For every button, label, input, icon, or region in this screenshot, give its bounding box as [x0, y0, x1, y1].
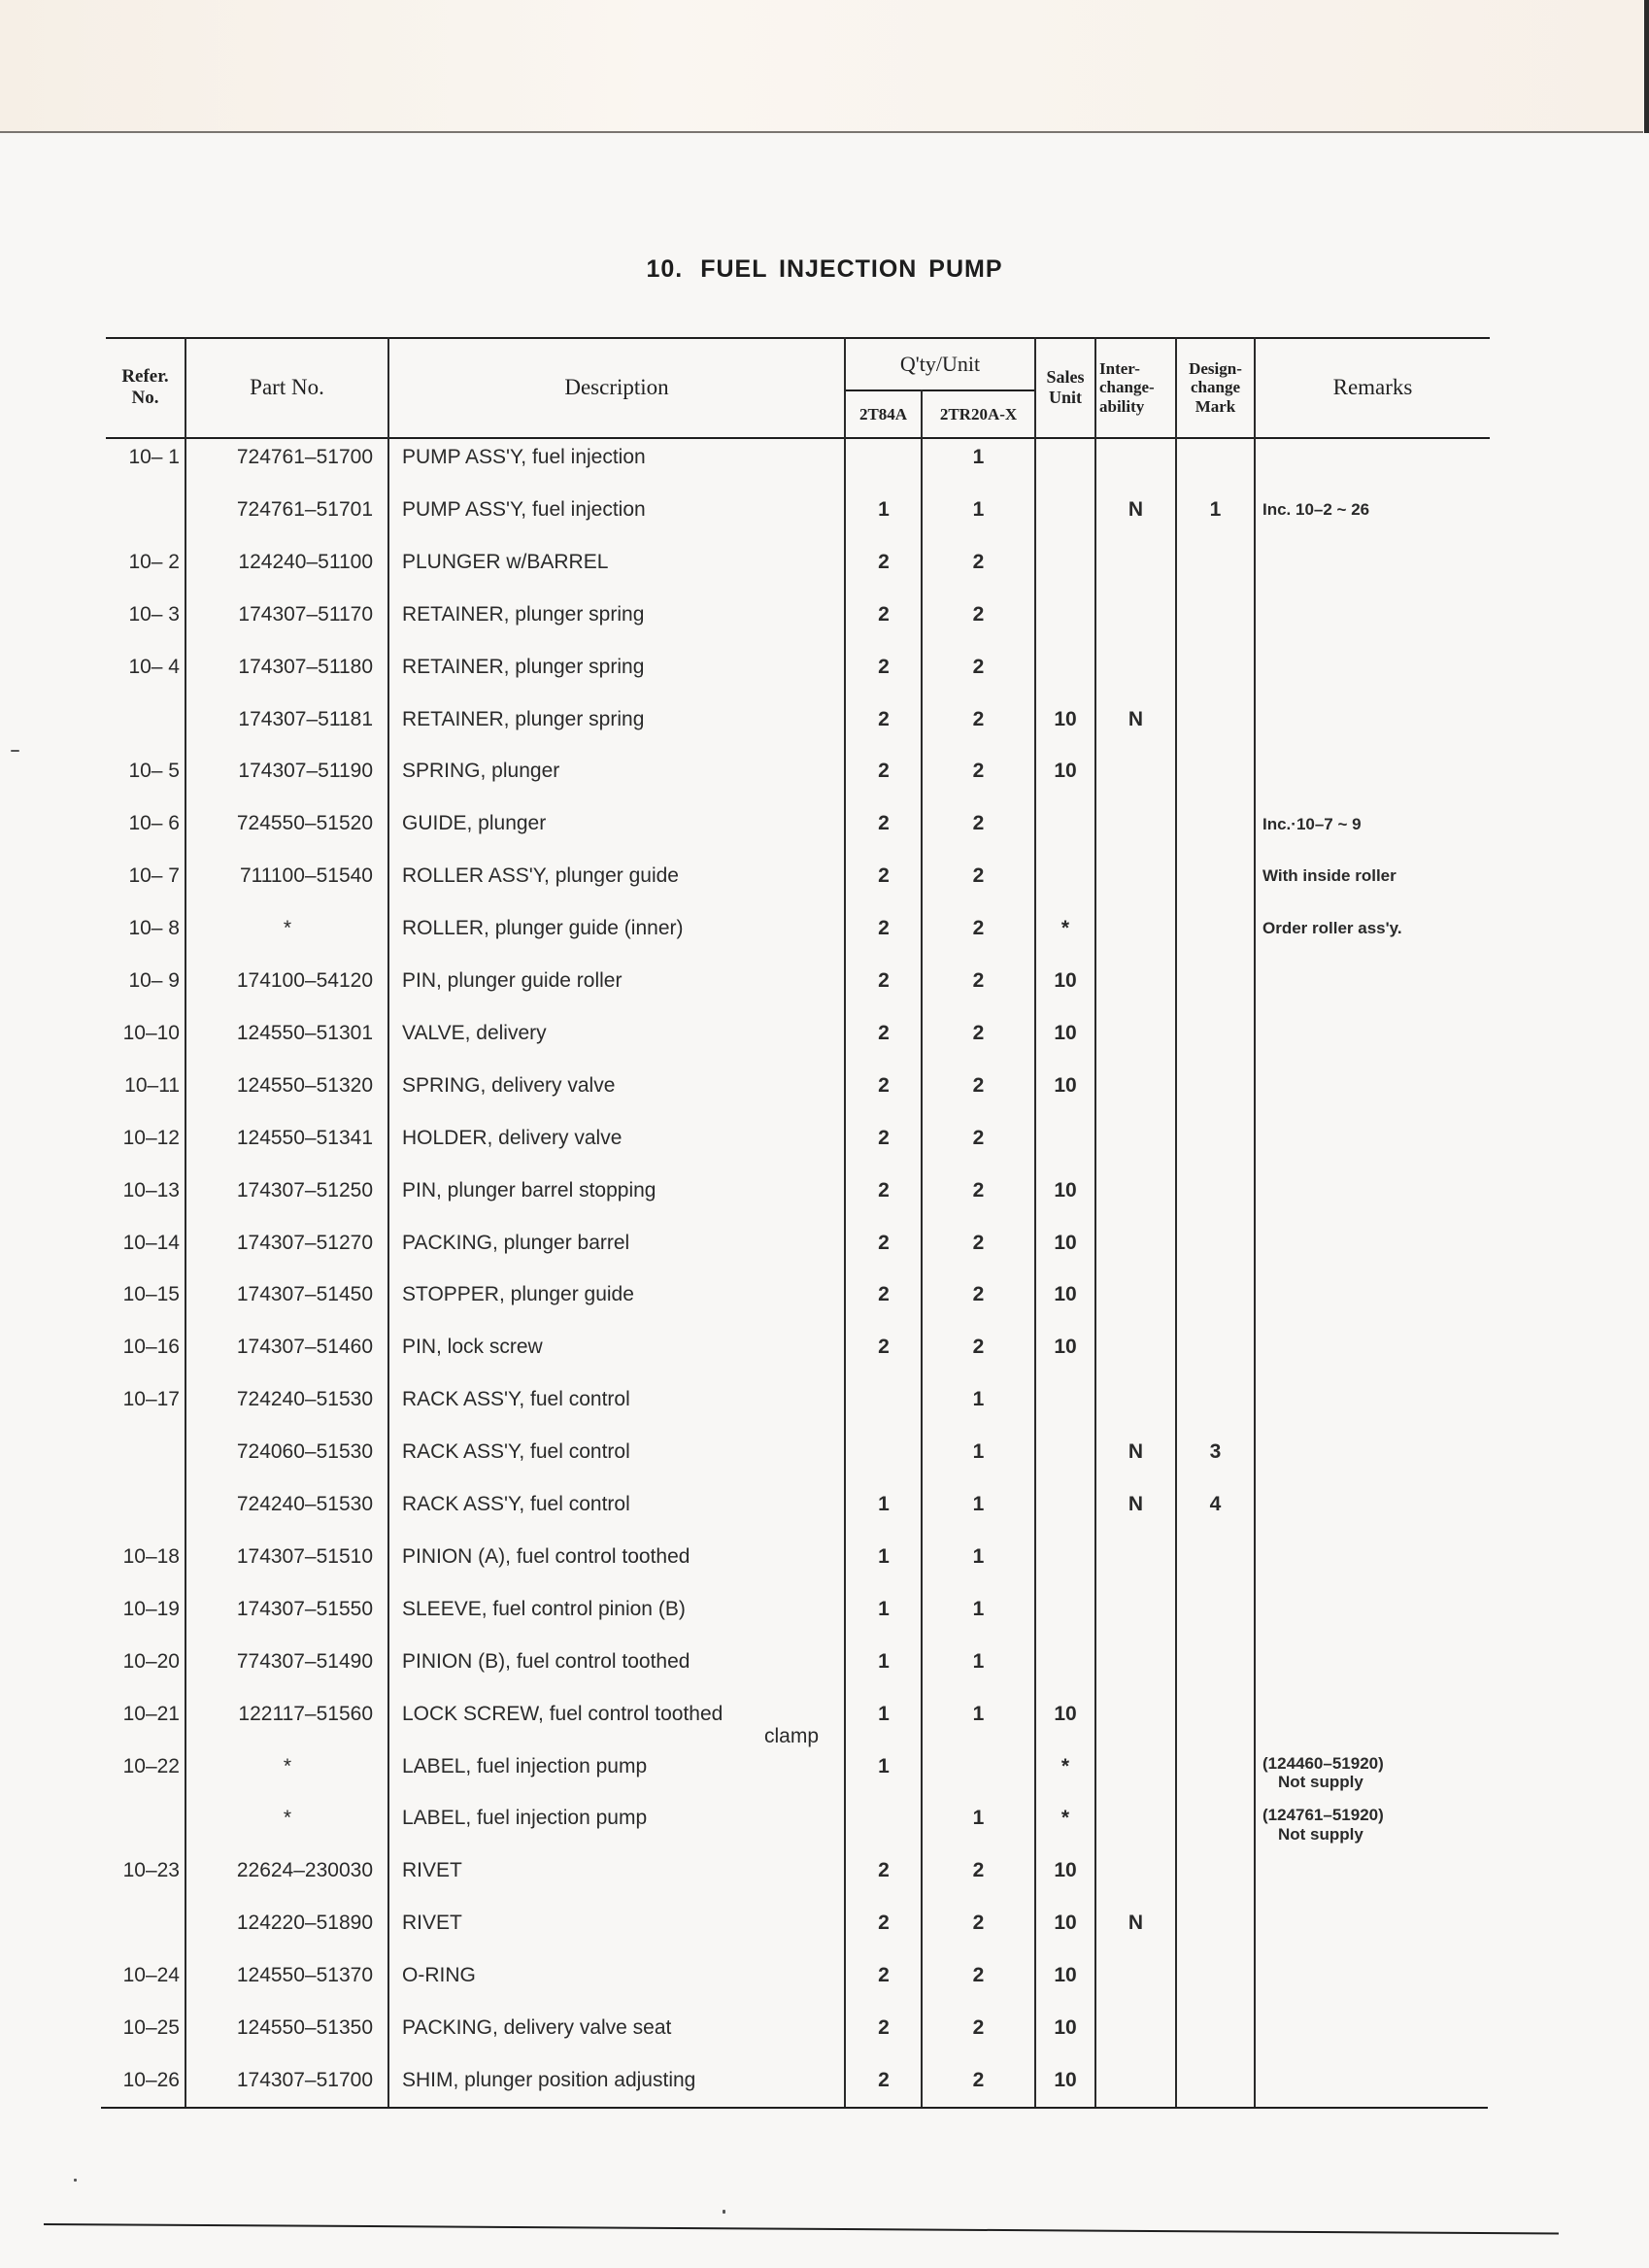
remarks-cell [1262, 641, 1496, 694]
design-change-cell [1177, 1112, 1254, 1165]
interchangeability-cell [1096, 1531, 1175, 1583]
qty-2t84a-cell [847, 1373, 921, 1426]
interchangeability-cell [1096, 1845, 1175, 1897]
ref-no-cell: 10–25 [106, 2002, 180, 2054]
interchangeability-cell [1096, 955, 1175, 1007]
part-no-cell: * [194, 1741, 381, 1793]
remarks-cell [1262, 1112, 1496, 1165]
sales-unit-cell: 10 [1036, 1217, 1094, 1269]
description-cell: PLUNGER w/BARREL [402, 536, 839, 589]
interchangeability-cell [1096, 1217, 1175, 1269]
qty-2tr20a-x-cell: 1 [923, 1636, 1034, 1688]
sales-unit-cell [1036, 1426, 1094, 1478]
sales-unit-cell: 10 [1036, 1165, 1094, 1217]
header-design-line3: Mark [1189, 397, 1242, 417]
header-qty-unit: Q'ty/Unit [846, 339, 1034, 389]
design-change-cell [1177, 1949, 1254, 2002]
part-no-cell: 174307–51270 [186, 1217, 373, 1269]
interchangeability-cell: N [1096, 1426, 1175, 1478]
ref-no-cell [106, 694, 180, 746]
header-refer-line2: No. [121, 388, 168, 409]
design-change-cell [1177, 589, 1254, 641]
design-change-cell [1177, 2002, 1254, 2054]
header-interchangeability: Inter-change-ability [1096, 339, 1178, 436]
qty-2t84a-cell: 2 [847, 1007, 921, 1060]
part-no-cell: 174100–54120 [186, 955, 373, 1007]
qty-2tr20a-x-cell: 2 [923, 2054, 1034, 2107]
interchangeability-cell [1096, 431, 1175, 484]
remarks-line: (124460–51920) [1262, 1754, 1384, 1773]
description-cell: SHIM, plunger position adjusting [402, 2054, 839, 2107]
qty-2tr20a-x-cell: 1 [923, 431, 1034, 484]
part-no-cell: 174307–51510 [186, 1531, 373, 1583]
part-no-cell: 124240–51100 [186, 536, 373, 589]
part-no-cell: * [194, 1792, 381, 1845]
qty-2tr20a-x-cell: 1 [923, 1583, 1034, 1636]
ref-no-cell: 10–11 [106, 1060, 180, 1112]
ref-no-cell: 10–20 [106, 1636, 180, 1688]
remarks-line-2: Not supply [1262, 1773, 1384, 1792]
sales-unit-cell [1036, 484, 1094, 536]
qty-2t84a-cell: 2 [847, 1845, 921, 1897]
sales-unit-cell: 10 [1036, 1897, 1094, 1949]
remarks-cell: Order roller ass'y. [1262, 902, 1496, 955]
description-cell: PACKING, delivery valve seat [402, 2002, 839, 2054]
interchangeability-cell [1096, 745, 1175, 797]
design-change-cell [1177, 955, 1254, 1007]
qty-2tr20a-x-cell: 2 [923, 641, 1034, 694]
part-no-cell: 124550–51350 [186, 2002, 373, 2054]
part-no-cell: 724060–51530 [186, 1426, 373, 1478]
remarks-line-2: Not supply [1262, 1825, 1384, 1845]
description-cell: RACK ASS'Y, fuel control [402, 1426, 839, 1478]
remarks-cell: Inc. 10–2 ~ 26 [1262, 484, 1496, 536]
remarks-cell [1262, 1845, 1496, 1897]
interchangeability-cell [1096, 536, 1175, 589]
sales-unit-cell [1036, 641, 1094, 694]
qty-2t84a-cell: 2 [847, 1112, 921, 1165]
header-sales-unit: SalesUnit [1036, 339, 1094, 436]
design-change-cell [1177, 1269, 1254, 1321]
interchangeability-cell [1096, 641, 1175, 694]
qty-2t84a-cell: 2 [847, 1217, 921, 1269]
qty-2t84a-cell: 2 [847, 2054, 921, 2107]
sales-unit-cell: 10 [1036, 2054, 1094, 2107]
interchangeability-cell [1096, 1269, 1175, 1321]
description-cell: VALVE, delivery [402, 1007, 839, 1060]
part-no-cell: 124220–51890 [186, 1897, 373, 1949]
part-no-cell: 174307–51180 [186, 641, 373, 694]
sales-unit-cell [1036, 1373, 1094, 1426]
qty-2t84a-cell: 2 [847, 850, 921, 902]
sales-unit-cell: 10 [1036, 955, 1094, 1007]
description-cell: RIVET [402, 1845, 839, 1897]
qty-2tr20a-x-cell: 1 [923, 1478, 1034, 1531]
ref-no-cell [106, 1792, 180, 1845]
qty-2tr20a-x-cell: 2 [923, 1165, 1034, 1217]
qty-2t84a-cell: 1 [847, 1583, 921, 1636]
sales-unit-cell [1036, 1478, 1094, 1531]
ref-no-cell: 10–12 [106, 1112, 180, 1165]
qty-2t84a-cell: 2 [847, 902, 921, 955]
remarks-cell [1262, 1269, 1496, 1321]
description-cell: PIN, plunger barrel stopping [402, 1165, 839, 1217]
header-qty-2t84a: 2T84A [846, 391, 921, 437]
ref-no-cell: 10–17 [106, 1373, 180, 1426]
ref-no-cell: 10– 7 [106, 850, 180, 902]
description-cell: SPRING, delivery valve [402, 1060, 839, 1112]
scan-speck [723, 2210, 725, 2214]
part-no-cell: 174307–51170 [186, 589, 373, 641]
part-no-cell: 22624–230030 [186, 1845, 373, 1897]
remarks-line: (124761–51920) [1262, 1806, 1384, 1824]
ref-no-cell [106, 1426, 180, 1478]
part-no-cell: 724550–51520 [186, 797, 373, 850]
description-cell: HOLDER, delivery valve [402, 1112, 839, 1165]
description-cell: RETAINER, plunger spring [402, 589, 839, 641]
ref-no-cell: 10– 1 [106, 431, 180, 484]
description-cell: ROLLER ASS'Y, plunger guide [402, 850, 839, 902]
remarks-line: Inc.·10–7 ~ 9 [1262, 815, 1362, 833]
qty-2tr20a-x-cell: 1 [923, 1426, 1034, 1478]
interchangeability-cell [1096, 2002, 1175, 2054]
ref-no-cell: 10– 4 [106, 641, 180, 694]
interchangeability-cell [1096, 797, 1175, 850]
remarks-cell: Inc.·10–7 ~ 9 [1262, 797, 1496, 850]
remarks-cell [1262, 955, 1496, 1007]
description-cell: RETAINER, plunger spring [402, 641, 839, 694]
interchangeability-cell [1096, 589, 1175, 641]
sales-unit-cell [1036, 1636, 1094, 1688]
design-change-cell [1177, 1636, 1254, 1688]
part-no-cell: 122117–51560 [186, 1688, 373, 1741]
remarks-cell [1262, 1636, 1496, 1688]
sales-unit-cell: 10 [1036, 2002, 1094, 2054]
qty-2t84a-cell: 2 [847, 1269, 921, 1321]
part-no-cell: 724761–51700 [186, 431, 373, 484]
ref-no-cell: 10–23 [106, 1845, 180, 1897]
header-description: Description [389, 339, 844, 436]
description-cell: STOPPER, plunger guide [402, 1269, 839, 1321]
qty-2tr20a-x-cell: 2 [923, 1269, 1034, 1321]
qty-2t84a-cell: 2 [847, 641, 921, 694]
qty-2tr20a-x-cell: 2 [923, 589, 1034, 641]
sales-unit-cell: 10 [1036, 1845, 1094, 1897]
qty-2t84a-cell: 2 [847, 1949, 921, 2002]
page-title: 10.FUEL INJECTION PUMP [0, 255, 1649, 284]
design-change-cell [1177, 1007, 1254, 1060]
part-no-cell: 774307–51490 [186, 1636, 373, 1688]
table-bottom-rule [101, 2107, 1488, 2109]
design-change-cell [1177, 1373, 1254, 1426]
design-change-cell [1177, 2054, 1254, 2107]
remarks-cell [1262, 1373, 1496, 1426]
sales-unit-cell: 10 [1036, 1060, 1094, 1112]
sales-unit-cell: 10 [1036, 745, 1094, 797]
design-change-cell [1177, 1792, 1254, 1845]
interchangeability-cell [1096, 1583, 1175, 1636]
ref-no-cell: 10–18 [106, 1531, 180, 1583]
part-no-cell: 124550–51301 [186, 1007, 373, 1060]
sales-unit-cell [1036, 797, 1094, 850]
qty-2tr20a-x-cell: 2 [923, 1845, 1034, 1897]
qty-2t84a-cell: 2 [847, 1321, 921, 1373]
qty-2t84a-cell: 1 [847, 484, 921, 536]
design-change-cell [1177, 1897, 1254, 1949]
qty-2t84a-cell: 2 [847, 955, 921, 1007]
part-no-cell: 174307–51460 [186, 1321, 373, 1373]
description-cell: LABEL, fuel injection pump [402, 1792, 839, 1845]
sales-unit-cell [1036, 589, 1094, 641]
design-change-cell [1177, 1060, 1254, 1112]
interchangeability-cell [1096, 1321, 1175, 1373]
design-change-cell [1177, 850, 1254, 902]
qty-2tr20a-x-cell: 2 [923, 1060, 1034, 1112]
remarks-cell [1262, 1897, 1496, 1949]
header-refer-no: Refer.No. [106, 339, 185, 436]
remarks-line: Inc. 10–2 ~ 26 [1262, 500, 1369, 519]
description-cell: RACK ASS'Y, fuel control [402, 1373, 839, 1426]
qty-2t84a-cell: 2 [847, 589, 921, 641]
design-change-cell [1177, 641, 1254, 694]
remarks-cell [1262, 1007, 1496, 1060]
ref-no-cell: 10–10 [106, 1007, 180, 1060]
design-change-cell [1177, 1845, 1254, 1897]
description-cell: PIN, lock screw [402, 1321, 839, 1373]
interchangeability-cell [1096, 2054, 1175, 2107]
remarks-cell [1262, 536, 1496, 589]
ref-no-cell: 10–22 [106, 1741, 180, 1793]
description-cell: ROLLER, plunger guide (inner) [402, 902, 839, 955]
header-design-line1: Design- [1189, 359, 1242, 379]
description-cell: LABEL, fuel injection pump [402, 1741, 839, 1793]
sales-unit-cell: * [1036, 1741, 1094, 1793]
remarks-cell [1262, 1531, 1496, 1583]
part-no-cell: 124550–51320 [186, 1060, 373, 1112]
description-cell: PINION (A), fuel control toothed [402, 1531, 839, 1583]
sales-unit-cell [1036, 1583, 1094, 1636]
remarks-cell [1262, 1217, 1496, 1269]
part-no-cell: 724240–51530 [186, 1478, 373, 1531]
ref-no-cell [106, 484, 180, 536]
ref-no-cell: 10– 2 [106, 536, 180, 589]
sales-unit-cell: 10 [1036, 1007, 1094, 1060]
remarks-cell [1262, 589, 1496, 641]
remarks-cell [1262, 1426, 1496, 1478]
design-change-cell [1177, 902, 1254, 955]
interchangeability-cell [1096, 1112, 1175, 1165]
sales-unit-cell: 10 [1036, 1321, 1094, 1373]
sales-unit-cell: 10 [1036, 1949, 1094, 2002]
interchangeability-cell: N [1096, 1478, 1175, 1531]
qty-2tr20a-x-cell: 1 [923, 484, 1034, 536]
qty-2t84a-cell: 1 [847, 1688, 921, 1741]
scan-speck [11, 750, 19, 752]
qty-2t84a-cell: 2 [847, 1897, 921, 1949]
part-no-cell: 724240–51530 [186, 1373, 373, 1426]
remarks-cell [1262, 2002, 1496, 2054]
description-cell: PIN, plunger guide roller [402, 955, 839, 1007]
sales-unit-cell: 10 [1036, 1688, 1094, 1741]
background-sheet-edge [0, 0, 1643, 133]
qty-2tr20a-x-cell: 2 [923, 536, 1034, 589]
sales-unit-cell [1036, 431, 1094, 484]
design-change-cell [1177, 745, 1254, 797]
ref-no-cell: 10– 5 [106, 745, 180, 797]
sales-unit-cell [1036, 850, 1094, 902]
design-change-cell: 4 [1177, 1478, 1254, 1531]
description-cell: SPRING, plunger [402, 745, 839, 797]
design-change-cell [1177, 536, 1254, 589]
interchangeability-cell [1096, 1007, 1175, 1060]
header-remarks: Remarks [1256, 339, 1490, 436]
remarks-cell [1262, 1165, 1496, 1217]
qty-2tr20a-x-cell: 2 [923, 1112, 1034, 1165]
interchangeability-cell: N [1096, 694, 1175, 746]
design-change-cell [1177, 1217, 1254, 1269]
interchangeability-cell [1096, 1949, 1175, 2002]
sales-unit-cell: * [1036, 1792, 1094, 1845]
remarks-cell [1262, 745, 1496, 797]
interchangeability-cell [1096, 850, 1175, 902]
scan-speck [74, 2179, 77, 2182]
qty-2tr20a-x-cell: 2 [923, 1897, 1034, 1949]
ref-no-cell: 10–26 [106, 2054, 180, 2107]
qty-2t84a-cell: 1 [847, 1531, 921, 1583]
qty-2tr20a-x-cell: 2 [923, 745, 1034, 797]
qty-2t84a-cell: 1 [847, 1741, 921, 1793]
design-change-cell [1177, 1531, 1254, 1583]
header-inter-line1: Inter- [1099, 359, 1155, 379]
sales-unit-cell [1036, 1531, 1094, 1583]
remarks-cell [1262, 1688, 1496, 1741]
ref-no-cell: 10– 6 [106, 797, 180, 850]
qty-2t84a-cell [847, 431, 921, 484]
qty-2tr20a-x-cell: 2 [923, 850, 1034, 902]
part-no-cell: 174307–51700 [186, 2054, 373, 2107]
header-part-no: Part No. [186, 339, 387, 436]
ref-no-cell: 10–13 [106, 1165, 180, 1217]
qty-2t84a-cell: 2 [847, 1165, 921, 1217]
qty-2tr20a-x-cell: 2 [923, 2002, 1034, 2054]
qty-2t84a-cell [847, 1426, 921, 1478]
ref-no-cell: 10–16 [106, 1321, 180, 1373]
design-change-cell [1177, 1583, 1254, 1636]
qty-2tr20a-x-cell: 2 [923, 694, 1034, 746]
header-refer-line1: Refer. [121, 366, 168, 388]
interchangeability-cell [1096, 1165, 1175, 1217]
header-qty-2tr20a-x: 2TR20A-X [923, 391, 1034, 437]
design-change-cell [1177, 694, 1254, 746]
part-no-cell: 711100–51540 [186, 850, 373, 902]
design-change-cell [1177, 797, 1254, 850]
qty-2t84a-cell: 2 [847, 694, 921, 746]
sales-unit-cell: * [1036, 902, 1094, 955]
sales-unit-cell [1036, 1112, 1094, 1165]
interchangeability-cell [1096, 1636, 1175, 1688]
qty-2tr20a-x-cell: 1 [923, 1688, 1034, 1741]
part-no-cell: 124550–51341 [186, 1112, 373, 1165]
ref-no-cell: 10– 3 [106, 589, 180, 641]
design-change-cell [1177, 431, 1254, 484]
remarks-cell [1262, 1949, 1496, 2002]
description-cell: SLEEVE, fuel control pinion (B) [402, 1583, 839, 1636]
remarks-cell [1262, 2054, 1496, 2107]
remarks-cell [1262, 1060, 1496, 1112]
scan-edge-shadow [1644, 0, 1649, 136]
col-rule-design [1254, 337, 1256, 2107]
header-inter-line2: change- [1099, 378, 1155, 397]
part-no-cell: 124550–51370 [186, 1949, 373, 2002]
description-cell: PACKING, plunger barrel [402, 1217, 839, 1269]
col-rule-part [387, 337, 389, 2107]
header-design-line2: change [1189, 378, 1242, 397]
qty-2t84a-cell: 2 [847, 536, 921, 589]
qty-2t84a-cell: 1 [847, 1636, 921, 1688]
qty-2t84a-cell: 2 [847, 2002, 921, 2054]
qty-2tr20a-x-cell: 2 [923, 1321, 1034, 1373]
ref-no-cell: 10–19 [106, 1583, 180, 1636]
interchangeability-cell [1096, 1060, 1175, 1112]
sales-unit-cell: 10 [1036, 1269, 1094, 1321]
ref-no-cell: 10– 8 [106, 902, 180, 955]
qty-2tr20a-x-cell [923, 1741, 1034, 1793]
remarks-cell [1262, 1478, 1496, 1531]
col-rule-desc [844, 337, 846, 2107]
part-no-cell: 174307–51450 [186, 1269, 373, 1321]
interchangeability-cell [1096, 1741, 1175, 1793]
ref-no-cell [106, 1478, 180, 1531]
description-cell: PINION (B), fuel control toothed [402, 1636, 839, 1688]
header-inter-line3: ability [1099, 397, 1155, 417]
header-sales-line2: Unit [1046, 388, 1084, 408]
ref-no-cell: 10–24 [106, 1949, 180, 2002]
sales-unit-cell [1036, 536, 1094, 589]
design-change-cell: 3 [1177, 1426, 1254, 1478]
description-cell: PUMP ASS'Y, fuel injection [402, 484, 839, 536]
remarks-cell: With inside roller [1262, 850, 1496, 902]
description-cell: GUIDE, plunger [402, 797, 839, 850]
part-no-cell: 174307–51250 [186, 1165, 373, 1217]
remarks-cell [1262, 1321, 1496, 1373]
ref-no-cell: 10–14 [106, 1217, 180, 1269]
part-no-cell: 174307–51550 [186, 1583, 373, 1636]
remarks-cell [1262, 431, 1496, 484]
design-change-cell [1177, 1321, 1254, 1373]
part-no-cell: 174307–51190 [186, 745, 373, 797]
description-cell: O-RING [402, 1949, 839, 2002]
section-number: 10. [646, 255, 683, 283]
description-cell: PUMP ASS'Y, fuel injection [402, 431, 839, 484]
description-cell: RACK ASS'Y, fuel control [402, 1478, 839, 1531]
interchangeability-cell [1096, 902, 1175, 955]
qty-2tr20a-x-cell: 2 [923, 1949, 1034, 2002]
qty-2tr20a-x-cell: 2 [923, 902, 1034, 955]
interchangeability-cell: N [1096, 484, 1175, 536]
design-change-cell [1177, 1741, 1254, 1793]
qty-2tr20a-x-cell: 2 [923, 1217, 1034, 1269]
remarks-line: Order roller ass'y. [1262, 919, 1402, 937]
interchangeability-cell [1096, 1373, 1175, 1426]
description-cell: RETAINER, plunger spring [402, 694, 839, 746]
design-change-cell: 1 [1177, 484, 1254, 536]
part-no-cell: * [194, 902, 381, 955]
sales-unit-cell: 10 [1036, 694, 1094, 746]
qty-2t84a-cell: 2 [847, 1060, 921, 1112]
header-design-change-mark: Design-changeMark [1177, 339, 1254, 436]
description-cell: RIVET [402, 1897, 839, 1949]
interchangeability-cell [1096, 1792, 1175, 1845]
